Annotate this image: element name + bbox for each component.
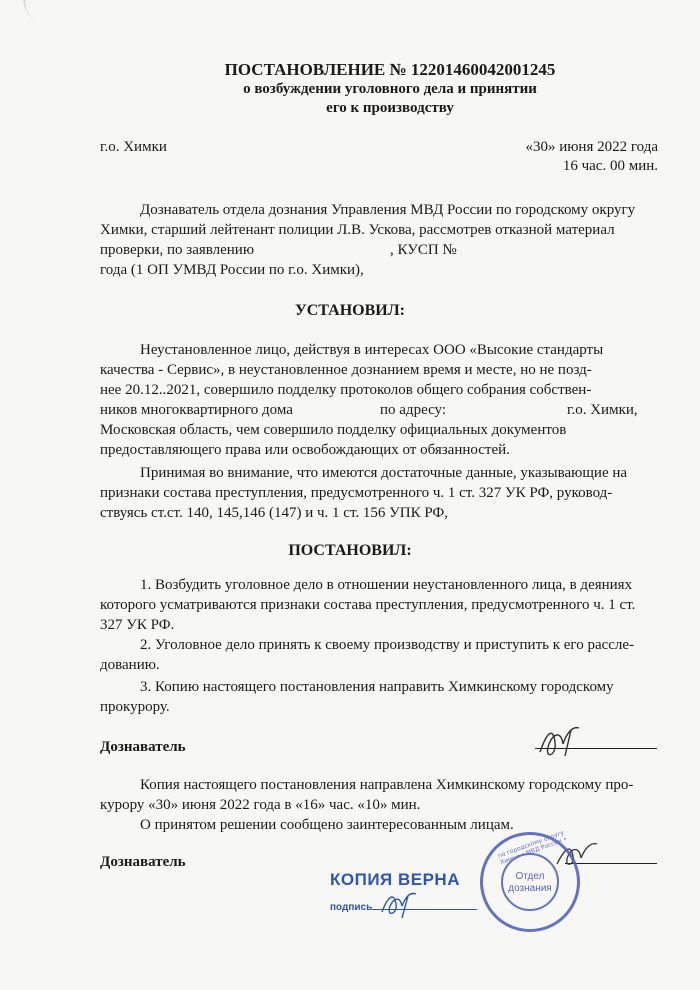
seal-center: Отдел дознания [501,853,559,911]
scan-smudge [14,0,89,44]
intro-line-3b: , КУСП № [390,240,457,260]
intro-line-3a: проверки, по заявлению [100,240,254,260]
resolved-item-2-line-1: 2. Уголовное дело принять к своему произ… [140,635,634,655]
time: 16 час. 00 мин. [563,156,658,176]
signature-label-investigator-2: Дознаватель [100,852,186,872]
document-subtitle-1: о возбуждении уголовного дела и принятии [80,80,700,99]
copy-sent-line-1: Копия настоящего постановления направлен… [140,775,633,795]
certified-signature-label: подпись [330,898,372,918]
established-line-4c: г.о. Химки, [567,400,638,420]
resolved-item-2-line-2: дованию. [100,655,160,675]
section-established: УСТАНОВИЛ: [0,302,700,320]
seal-center-line-1: Отдел [503,871,557,883]
intro-line-2: Химки, старший лейтенант полиции Л.В. Ус… [100,220,615,240]
resolved-item-3-line-1: 3. Копию настоящего постановления направ… [140,677,614,697]
copy-certified-stamp: КОПИЯ ВЕРНА [330,870,460,890]
established-line-4b: по адресу: [380,400,446,420]
established-line-2: качества - Сервис», в неустановленное до… [100,360,592,380]
established-line-4a: ников многоквартирного дома [100,400,293,420]
title-block: ПОСТАНОВЛЕНИЕ № 12201460042001245 о возб… [0,60,700,118]
intro-line-1: Дознаватель отдела дознания Управления М… [140,200,635,220]
document-page: ПОСТАНОВЛЕНИЕ № 12201460042001245 о возб… [0,0,700,990]
notified-text: О принятом решении сообщено заинтересова… [140,815,514,835]
place: г.о. Химки [100,137,167,157]
resolved-item-1-line-2: которого усматриваются признаки состава … [100,595,635,615]
certified-handwritten-signature-icon [378,890,418,920]
copy-sent-line-2: курору «30» июня 2022 года в «16» час. «… [100,795,420,815]
signature-label-investigator: Дознаватель [100,737,186,757]
intro-line-4: года (1 ОП УМВД России по г.о. Химки), [100,260,364,280]
established-p2-line-3: ствуясь ст.ст. 140, 145,146 (147) и ч. 1… [100,503,448,523]
established-line-6: предоставляющего права или освобождающих… [100,440,510,460]
resolved-item-1-line-1: 1. Возбудить уголовное дело в отношении … [140,575,632,595]
established-p2-line-1: Принимая во внимание, что имеются достат… [140,463,627,483]
section-resolved: ПОСТАНОВИЛ: [0,542,700,560]
resolved-item-1-line-3: 327 УК РФ. [100,615,174,635]
date: «30» июня 2022 года [525,137,658,157]
established-line-3: нее 20.12..2021, совершило подделку прот… [100,380,591,400]
resolved-item-3-line-2: прокурору. [100,697,170,717]
established-line-1: Неустановленное лицо, действуя в интерес… [140,340,603,360]
official-seal: по городскому округу Химки • МВД России … [480,832,580,932]
seal-center-line-2: дознания [503,883,557,895]
document-subtitle-2: его к производству [80,99,700,118]
established-line-5: Московская область, чем совершило поддел… [100,420,566,440]
established-p2-line-2: признаки состава преступления, предусмот… [100,483,612,503]
document-title: ПОСТАНОВЛЕНИЕ № 12201460042001245 [80,60,700,80]
handwritten-signature-icon [535,722,595,762]
